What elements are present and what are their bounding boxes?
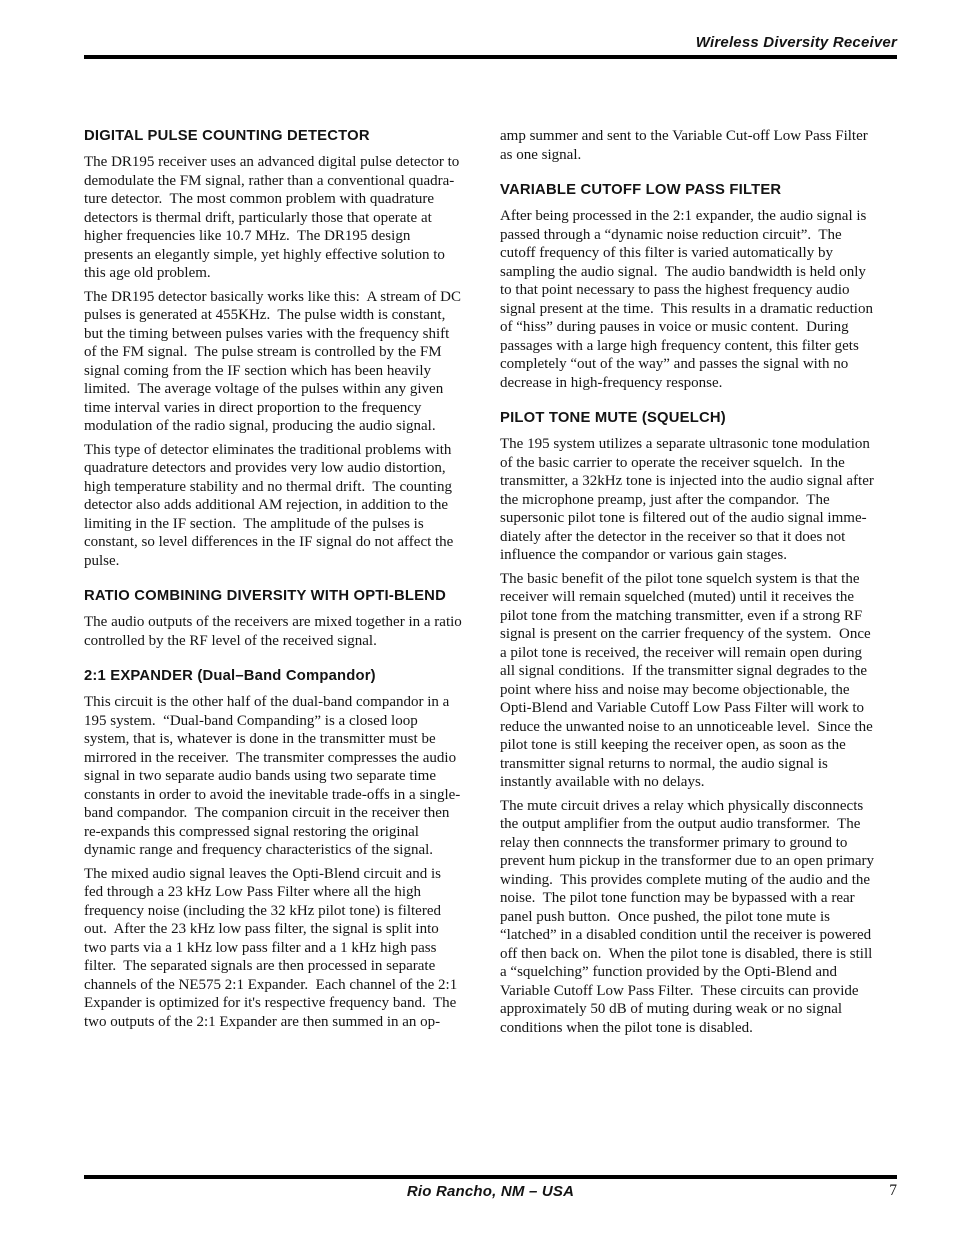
section-heading-ratio-combining-diversity: RATIO COMBINING DIVERSITY WITH OPTI-BLEN… <box>84 587 481 605</box>
paragraph: The audio outputs of the receivers are m… <box>84 613 481 650</box>
paragraph: The mute circuit drives a relay which ph… <box>500 797 897 1038</box>
section-heading-2-1-expander: 2:1 EXPANDER (Dual–Band Compandor) <box>84 667 481 685</box>
paragraph: The 195 system utilizes a separate ultra… <box>500 435 897 565</box>
paragraph: amp summer and sent to the Variable Cut-… <box>500 127 897 164</box>
paragraph: The DR195 detector basically works like … <box>84 288 481 436</box>
document-page: Wireless Diversity Receiver DIGITAL PULS… <box>0 0 954 1235</box>
paragraph: This type of detector eliminates the tra… <box>84 441 481 571</box>
footer-location: Rio Rancho, NM – USA <box>84 1183 897 1201</box>
left-column: DIGITAL PULSE COUNTING DETECTOR The DR19… <box>84 127 481 1036</box>
footer-rule <box>84 1175 897 1179</box>
paragraph: This circuit is the other half of the du… <box>84 693 481 860</box>
right-column: amp summer and sent to the Variable Cut-… <box>500 127 897 1042</box>
paragraph: The mixed audio signal leaves the Opti-B… <box>84 865 481 1032</box>
section-heading-digital-pulse-counting-detector: DIGITAL PULSE COUNTING DETECTOR <box>84 127 481 145</box>
section-heading-variable-cutoff-low-pass-filter: VARIABLE CUTOFF LOW PASS FILTER <box>500 181 897 199</box>
page-body: DIGITAL PULSE COUNTING DETECTOR The DR19… <box>84 127 897 1042</box>
section-heading-pilot-tone-mute: PILOT TONE MUTE (SQUELCH) <box>500 409 897 427</box>
page-number: 7 <box>889 1182 897 1200</box>
paragraph: The DR195 receiver uses an advanced digi… <box>84 153 481 283</box>
paragraph: The basic benefit of the pilot tone sque… <box>500 570 897 792</box>
paragraph: After being processed in the 2:1 expande… <box>500 207 897 392</box>
running-header-title: Wireless Diversity Receiver <box>84 34 897 52</box>
header-rule <box>84 55 897 59</box>
